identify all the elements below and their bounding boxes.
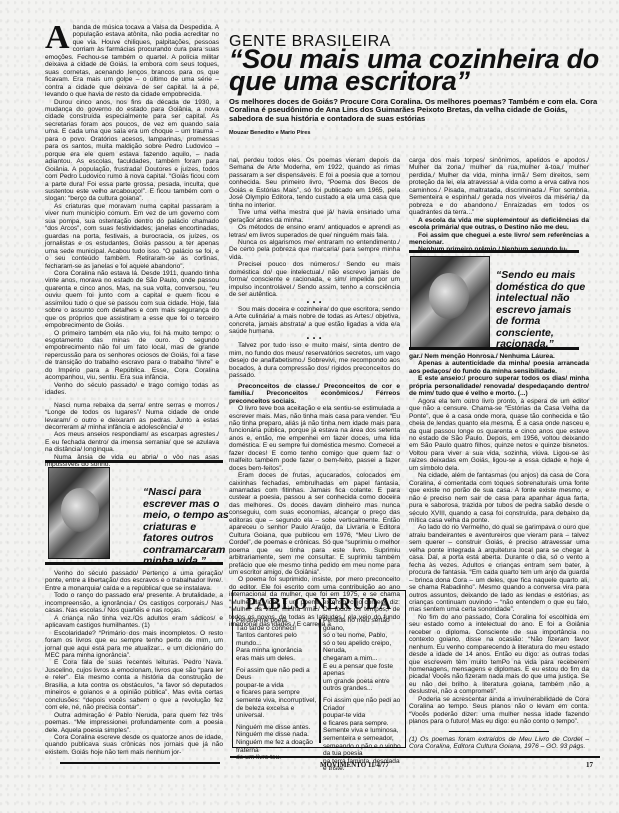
poem-stanza: Perdida no meu sertão goiano, só o teu n… [323,617,403,693]
paragraph: banda de música tocava a Valsa da Desped… [45,24,219,99]
byline: Mouzar Benedito e Mario Pires [229,130,310,136]
article-deck: Os melhores doces de Goiás? Procure Cora… [229,98,599,123]
paragraph: Ao lado do rio Vermelho, do qual se gari… [409,524,589,613]
paragraph: nal, perdeu todos eles. Os poemas vieram… [229,157,400,209]
paragraph: Eram doces de frutas, açucarados, coloca… [229,472,400,576]
paragraph: Venho do século passado/ Pertenço a uma … [45,570,223,592]
paragraph: Cora Coralina não estava lá. Desde 1911,… [45,270,219,330]
paragraph: Talvez por tudo isso e muito mais/, sint… [229,342,400,379]
paragraph-bold: gar./ Nem menção Honrosa./ Nenhuma Láure… [409,353,589,360]
paragraph-bold: Preconceitos de classe./ Preconceitos de… [229,383,400,405]
paragraph-bold: Foi assim que cheguei a este livro/ sem … [409,232,589,247]
pull-quote-1: “Nasci para escrever mas o meio, o tempo… [143,487,229,568]
column-1-continued: Venho do século passado/ Pertenço a uma … [45,570,223,756]
paragraph-bold: A escola da vida me suplementou/ as defi… [409,217,589,232]
pull-quote-2: “Sendo eu mais doméstica do que intelect… [496,270,586,351]
paragraph: O primeiro também ela não viu, foi há mu… [45,330,219,382]
paragraph: A criança não tinha vez./Os adultos eram… [45,615,223,630]
section-separator: • • • [229,299,400,306]
photo-cora-coralina-1 [48,467,110,559]
portrait-face [61,488,99,532]
paragraph: Nasci numa rebaixa da serra/ entre serra… [45,402,219,432]
newspaper-page: GENTE BRASILEIRA “Sou mais uma cozinheir… [0,0,619,813]
paragraph: Precisei pouco dos números./ Sendo eu ma… [229,261,400,298]
paragraph: As criaturas que moravam numa capital pa… [45,203,219,270]
page-number: 17 [586,761,593,769]
poem-stanza: Foi assim que não pedi a Deus poupar-te … [236,667,318,720]
drop-cap: A [45,25,70,51]
section-separator: • • • [229,335,400,342]
headline: “Sou mais uma cozinheira do que uma escr… [229,48,609,92]
poem-stanza: Perdoa-me poeta. Tão tarde o conheci! Ta… [236,617,318,663]
paragraph: Venho do século passado/ e trago comigo … [45,382,219,397]
paragraph: Sou mais doceira e cozinheira/ do que es… [229,306,400,336]
paragraph: Aos meus anseios respondiam/ as escarpas… [45,431,219,453]
photo-cora-coralina-2 [410,256,490,348]
portrait-face [429,273,469,319]
paragraph: Tive uma velha mestra que já/ havia ensi… [229,209,400,224]
divider-rule [45,562,223,565]
paragraph: E Cora fala de suas recentes leituras. P… [45,659,223,711]
paragraph: Agora ela tem outro livro pronto, à espe… [409,398,589,473]
footer-rule [230,756,600,758]
divider-rule [60,762,220,764]
column-3: carga dos mais torpes/ sinônimos, apelid… [409,157,589,254]
paragraph: Todo o ranço do passado era/ presente. A… [45,592,223,614]
footnote: (1) Os poemas foram extraídos de Meu Liv… [409,736,589,751]
poem-column-divider [319,619,321,743]
paragraph: carga dos mais torpes/ sinônimos, apelid… [409,157,589,217]
paragraph: Nunca os algarismos me/ entraram no ente… [229,239,400,261]
divider-rule [449,731,549,732]
column-2: nal, perdeu todos eles. Os poemas vieram… [229,157,400,629]
publication-dateline: MOVIMENTO 11/4/77 [320,761,389,769]
paragraph: Poderia se acrescentar ainda a invulnera… [409,696,589,726]
paragraph: O livro teve boa aceitação e ela sentiu-… [229,405,400,472]
divider-rule [45,460,223,463]
paragraph: Cora Coralina escreve desde os quatorze … [45,734,223,756]
poem-title: PABLO NERUDA [233,594,405,614]
paragraph: Os métodos de ensino eram/ antiquados e … [229,224,400,239]
paragraph: Escolaridade? “Primário dos mais incompl… [45,630,223,660]
column-3-continued: gar./ Nem menção Honrosa./ Nenhuma Láure… [409,353,589,751]
paragraph-bold: Apenas a autenticidade da minha/ poesia … [409,360,589,375]
paragraph-bold: E este anseio:/ procuro superar todos os… [409,375,589,397]
poem-right-column: Perdida no meu sertão goiano, só o teu n… [323,617,403,777]
divider-rule [409,250,579,253]
paragraph: Outra admiração é Pablo Neruda, para que… [45,712,223,734]
divider-rule [409,347,579,350]
column-1: A banda de música tocava a Valsa da Desp… [45,24,219,469]
paragraph: Na cidade, além de fantasmas (ou anjos) … [409,472,589,524]
poem-box: PABLO NERUDA Perdoa-me poeta. Tão tarde … [232,590,406,748]
paragraph: No fim do ano passado, Cora Coralina foi… [409,614,589,696]
poem-left-column: Perdoa-me poeta. Tão tarde o conheci! Ta… [236,617,318,766]
paragraph: Durou cinco anos, nos fins da década de … [45,99,219,203]
